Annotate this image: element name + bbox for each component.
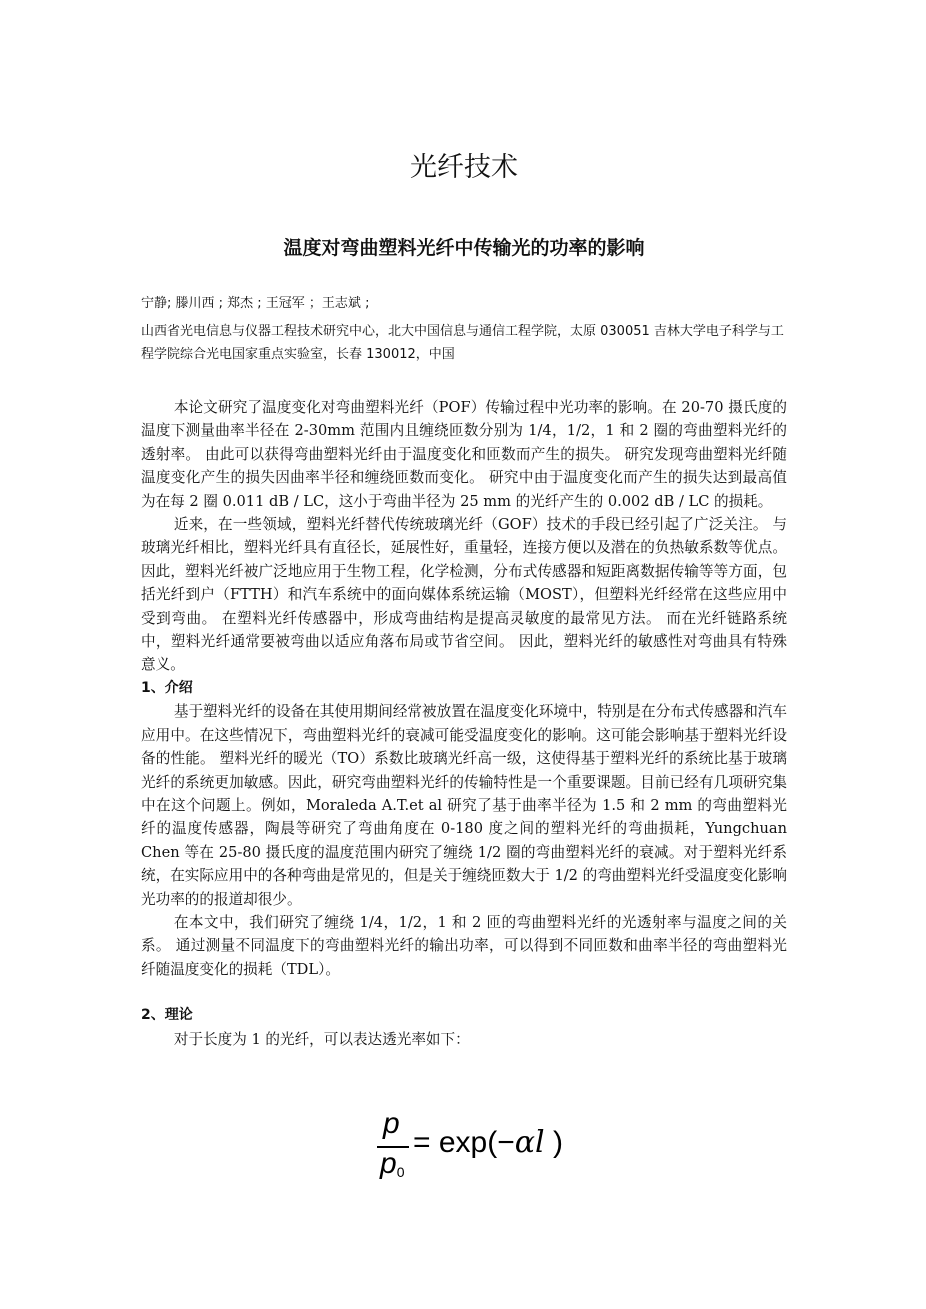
affiliation: 山西省光电信息与仪器工程技术研究中心，北大中国信息与通信工程学院，太原 0300… [141, 320, 787, 366]
rhs-prefix: = exp(− [413, 1126, 515, 1159]
abstract-paragraph: 本论文研究了温度变化对弯曲塑料光纤（POF）传输过程中光功率的影响。在 20-7… [141, 396, 787, 513]
equation-rhs: = exp(−αl ) [413, 1126, 563, 1160]
equation-numerator: p [383, 1108, 400, 1140]
length-symbol: l [535, 1125, 545, 1160]
body-paragraph: 对于长度为 1 的光纤，可以表达透光率如下： [141, 1028, 787, 1051]
denominator-subscript: 0 [397, 1164, 405, 1180]
denominator-symbol: p [380, 1147, 397, 1180]
abstract-body: 本论文研究了温度变化对弯曲塑料光纤（POF）传输过程中光功率的影响。在 20-7… [141, 396, 787, 1051]
body-paragraph: 在本文中，我们研究了缠绕 1/4，1/2，1 和 2 匝的弯曲塑料光纤的光透射率… [141, 911, 787, 981]
section-heading-theory: 2、理论 [141, 1004, 787, 1027]
journal-title: 光纤技术 [141, 150, 787, 186]
equation-denominator: p0 [380, 1148, 404, 1188]
section-heading-introduction: 1、介绍 [141, 677, 787, 700]
alpha-symbol: α [515, 1125, 535, 1160]
rhs-suffix: ) [545, 1126, 563, 1159]
abstract-paragraph: 近来，在一些领域，塑料光纤替代传统玻璃光纤（GOF）技术的手段已经引起了广泛关注… [141, 513, 787, 677]
section-spacer [141, 981, 787, 1004]
body-paragraph: 基于塑料光纤的设备在其使用期间经常被放置在温度变化环境中，特别是在分布式传感器和… [141, 700, 787, 911]
transmittance-equation: p p0 = exp(−αl ) [375, 1108, 575, 1188]
author-list: 宁静; 滕川西 ; 郑杰 ; 王冠军 ；王志斌 ; [141, 294, 369, 314]
paper-title: 温度对弯曲塑料光纤中传输光的功率的影响 [141, 234, 787, 262]
